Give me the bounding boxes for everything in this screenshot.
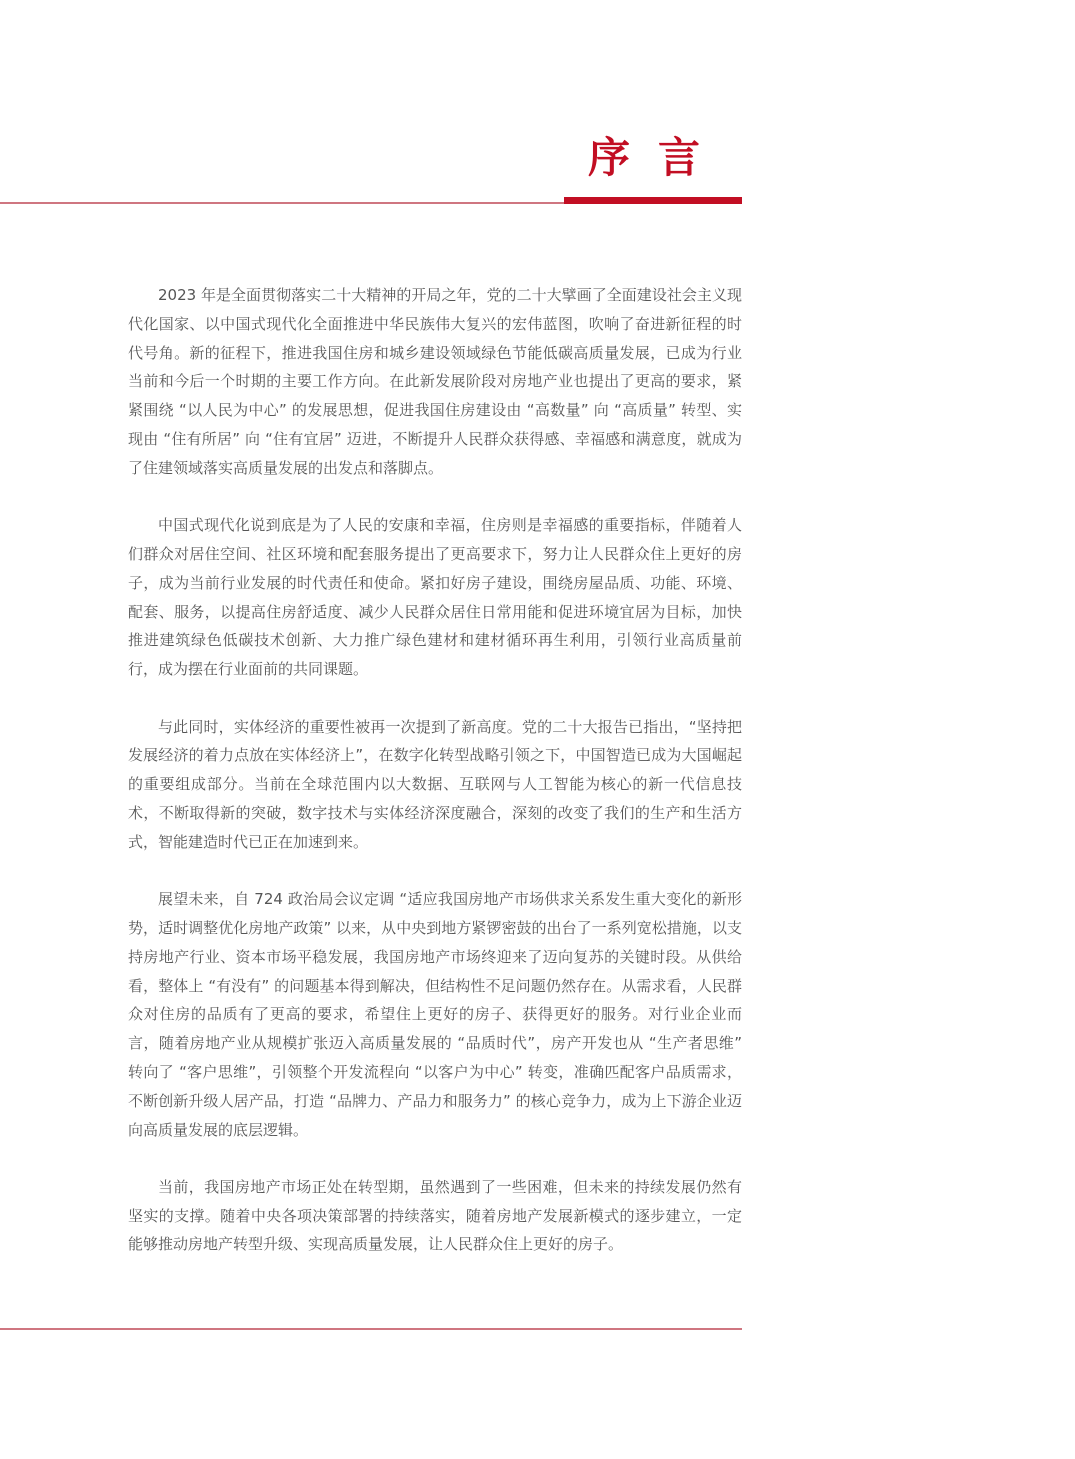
- footer-divider-line: [0, 1328, 742, 1330]
- title-accent-bar: [564, 197, 742, 204]
- paragraph-5: 当前，我国房地产市场正处在转型期，虽然遇到了一些困难，但未来的持续发展仍然有坚实…: [128, 1173, 742, 1259]
- title-divider-line: [0, 202, 566, 204]
- paragraph-3: 与此同时，实体经济的重要性被再一次提到了新高度。党的二十大报告已指出，“坚持把发…: [128, 713, 742, 857]
- page-title: 序言: [588, 130, 728, 186]
- paragraph-2: 中国式现代化说到底是为了人民的安康和幸福，住房则是幸福感的重要指标，伴随着人们群…: [128, 511, 742, 684]
- preface-body: 2023 年是全面贯彻落实二十大精神的开局之年，党的二十大擘画了全面建设社会主义…: [128, 281, 742, 1288]
- paragraph-4: 展望未来，自 724 政治局会议定调 “适应我国房地产市场供求关系发生重大变化的…: [128, 885, 742, 1144]
- paragraph-1: 2023 年是全面贯彻落实二十大精神的开局之年，党的二十大擘画了全面建设社会主义…: [128, 281, 742, 483]
